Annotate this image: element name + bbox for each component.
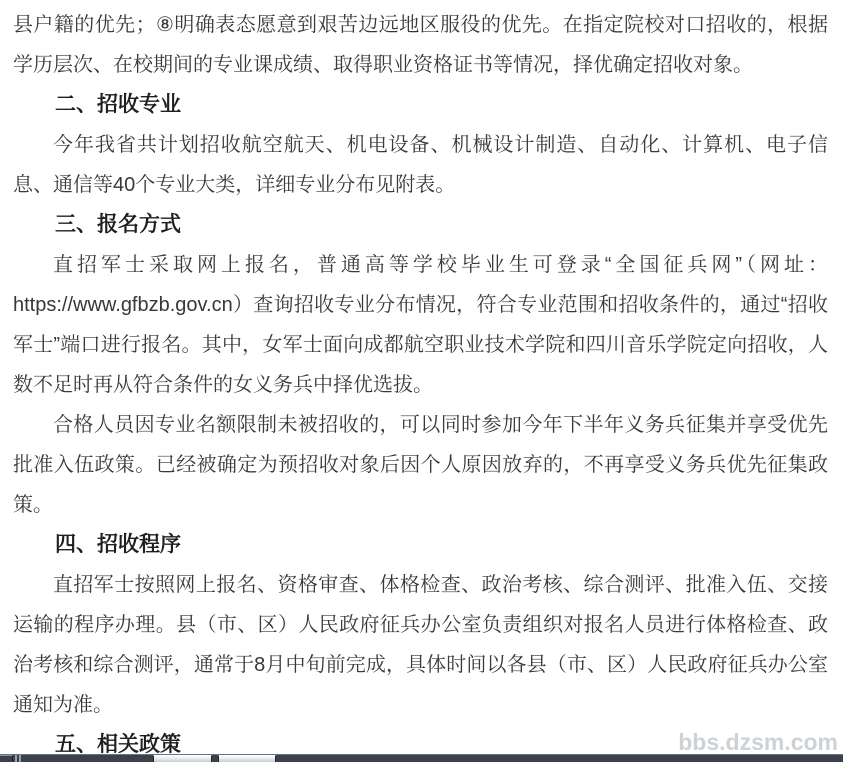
taskbar-button[interactable] xyxy=(218,755,276,762)
body-paragraph: 直招军士采取网上报名，普通高等学校毕业生可登录“全国征兵网”（网址：https:… xyxy=(13,245,828,405)
article-body: 县户籍的优先；⑧明确表态愿意到艰苦边远地区服役的优先。在指定院校对口招收的，根据… xyxy=(13,0,828,762)
section-heading: 四、招收程序 xyxy=(13,525,828,565)
page: 县户籍的优先；⑧明确表态愿意到艰苦边远地区服役的优先。在指定院校对口招收的，根据… xyxy=(0,0,843,762)
taskbar-button[interactable] xyxy=(153,755,212,762)
body-paragraph: 县户籍的优先；⑧明确表态愿意到艰苦边远地区服役的优先。在指定院校对口招收的，根据… xyxy=(13,5,828,85)
body-paragraph: 直招军士按照网上报名、资格审查、体格检查、政治考核、综合测评、批准入伍、交接运输… xyxy=(13,565,828,725)
body-paragraph: 今年我省共计划招收航空航天、机电设备、机械设计制造、自动化、计算机、电子信息、通… xyxy=(13,125,828,205)
section-heading: 三、报名方式 xyxy=(13,205,828,245)
taskbar-grip xyxy=(15,755,21,762)
body-paragraph: 合格人员因专业名额限制未被招收的，可以同时参加今年下半年义务兵征集并享受优先批准… xyxy=(13,405,828,525)
site-watermark: bbs.dzsm.com xyxy=(678,729,838,756)
taskbar-start-button-edge[interactable] xyxy=(0,755,13,762)
section-heading: 二、招收专业 xyxy=(13,85,828,125)
